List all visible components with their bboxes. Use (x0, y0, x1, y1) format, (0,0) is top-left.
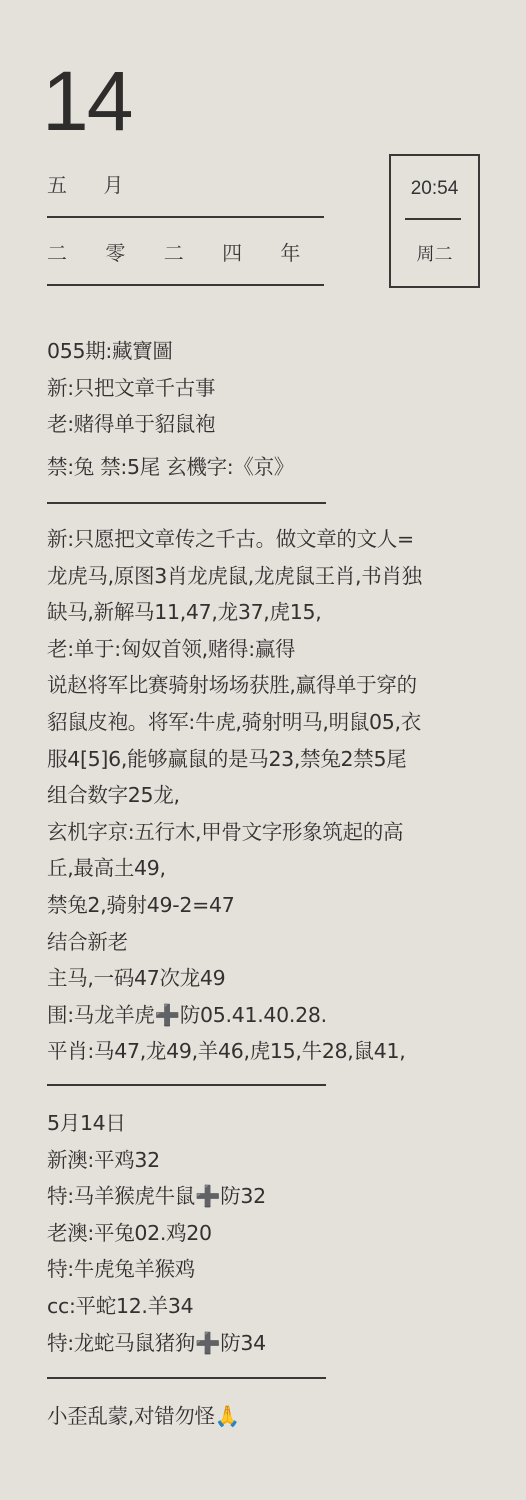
time-label: 20:54 (391, 178, 478, 200)
analysis-line: 服4[5]6,能够赢鼠的是马23,禁兔2禁5尾 (47, 741, 487, 778)
issue-forbidden: 禁:兔 禁:5尾 玄機字:《京》 (47, 449, 487, 486)
header-divider-1 (47, 216, 324, 218)
analysis-line: 老:单于:匈奴首领,赌得:赢得 (47, 631, 487, 668)
prediction-line: 特:牛虎兔羊猴鸡 (47, 1251, 487, 1288)
section-divider-3 (47, 1377, 326, 1379)
analysis-line: 缺马,新解马11,47,龙37,虎15, (47, 594, 487, 631)
year-label: 二 零 二 四 年 (47, 240, 316, 266)
analysis-line: 貂鼠皮袍。将军:牛虎,骑射明马,明鼠05,衣 (47, 704, 487, 741)
header-divider-2 (47, 284, 324, 286)
time-box: 20:54 周二 (389, 154, 480, 288)
analysis-line: 说赵将军比赛骑射场场获胜,赢得单于穿的 (47, 667, 487, 704)
analysis-line: 组合数字25龙, (47, 777, 487, 814)
section-predictions: 5月14日 新澳:平鸡32 特:马羊猴虎牛鼠➕防32 老澳:平兔02.鸡20 特… (47, 1105, 487, 1361)
issue-title: 055期:藏寶圖 (47, 333, 487, 370)
day-number: 14 (42, 56, 131, 146)
prediction-line: 新澳:平鸡32 (47, 1142, 487, 1179)
prediction-date: 5月14日 (47, 1105, 487, 1142)
analysis-line: 围:马龙羊虎➕防05.41.40.28. (47, 997, 487, 1034)
analysis-line: 禁兔2,骑射49-2=47 (47, 887, 487, 924)
prediction-line: 特:马羊猴虎牛鼠➕防32 (47, 1178, 487, 1215)
analysis-line: 主马,一码47次龙49 (47, 960, 487, 997)
section-issue: 055期:藏寶圖 新:只把文章千古事 老:赌得单于貂鼠袍 禁:兔 禁:5尾 玄機… (47, 333, 487, 485)
issue-old: 老:赌得单于貂鼠袍 (47, 406, 487, 443)
analysis-line: 玄机字京:五行木,甲骨文字形象筑起的高 (47, 814, 487, 851)
issue-new: 新:只把文章千古事 (47, 370, 487, 407)
weekday-label: 周二 (391, 240, 478, 266)
prediction-line: cc:平蛇12.羊34 (47, 1288, 487, 1325)
month-label: 五 月 (47, 172, 138, 198)
section-analysis: 新:只愿把文章传之千古。做文章的文人= 龙虎马,原图3肖龙虎鼠,龙虎鼠王肖,书肖… (47, 521, 487, 1070)
analysis-line: 新:只愿把文章传之千古。做文章的文人= (47, 521, 487, 558)
prediction-line: 特:龙蛇马鼠猪狗➕防34 (47, 1325, 487, 1362)
prediction-line: 老澳:平兔02.鸡20 (47, 1215, 487, 1252)
section-divider-2 (47, 1084, 326, 1086)
time-box-divider (405, 218, 461, 220)
footer-note: 小歪乱蒙,对错勿怪🙏 (47, 1398, 487, 1435)
analysis-line: 龙虎马,原图3肖龙虎鼠,龙虎鼠王肖,书肖独 (47, 558, 487, 595)
analysis-line: 结合新老 (47, 924, 487, 961)
analysis-line: 丘,最高土49, (47, 850, 487, 887)
analysis-line: 平肖:马47,龙49,羊46,虎15,牛28,鼠41, (47, 1033, 487, 1070)
section-divider-1 (47, 502, 326, 504)
